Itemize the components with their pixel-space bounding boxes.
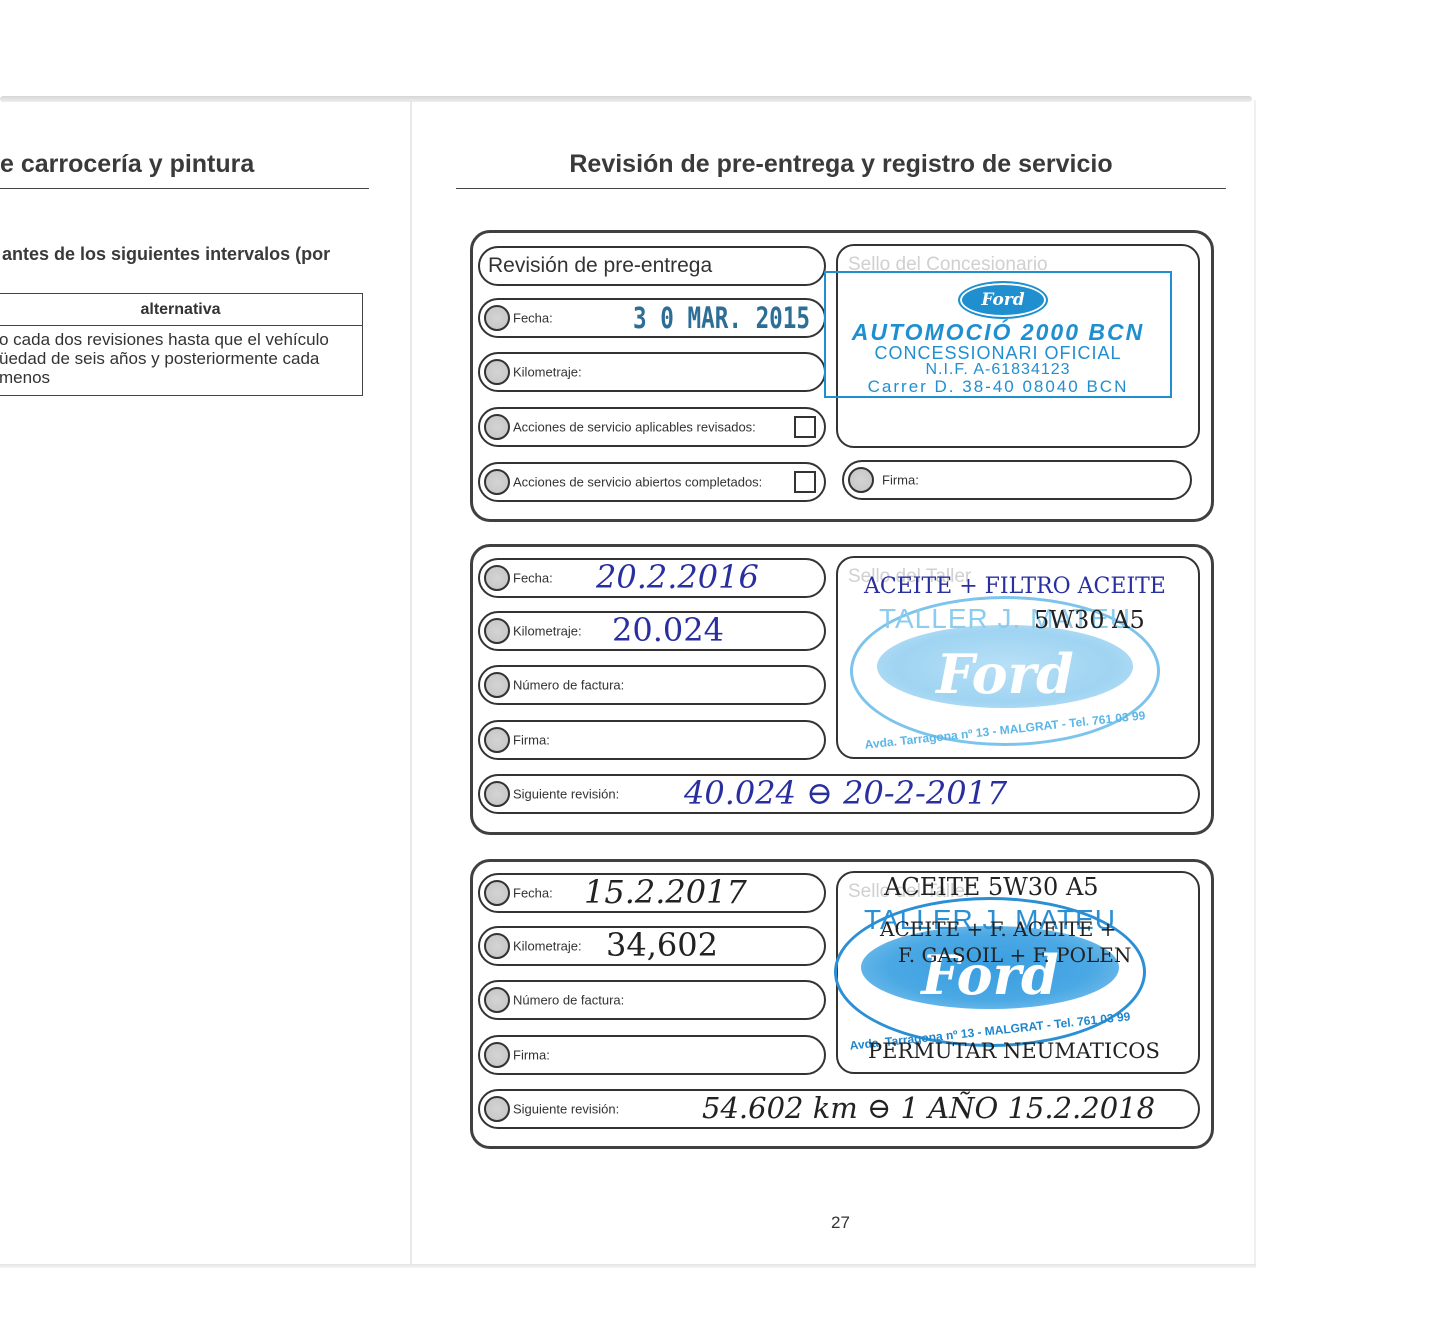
kilometraje-handwritten-value: 34,602 [606,926,718,964]
page-title: Revisión de pre-entrega y registro de se… [456,150,1226,179]
bullet-circle-icon [484,1042,510,1068]
service-factura-field[interactable]: Número de factura: [478,665,826,705]
firma-label: Firma: [513,1048,550,1063]
ford-logo-icon: Ford [853,642,1157,706]
pre-delivery-fecha-field[interactable]: Fecha: 3 0 MAR. 2015 [478,298,826,338]
service-siguiente-field[interactable]: Siguiente revisión: 54.602 km ⊖ 1 AÑO 15… [478,1089,1200,1129]
left-page-title: e carrocería y pintura [0,150,254,179]
workshop-stamp-area: Sello del Taller TALLER J. MATEU Ford Av… [836,871,1200,1074]
kilometraje-label: Kilometraje: [513,624,582,639]
siguiente-label: Siguiente revisión: [513,1102,619,1117]
bullet-circle-icon [484,672,510,698]
page-top-edge [0,96,1252,102]
siguiente-label: Siguiente revisión: [513,787,619,802]
service-kilometraje-field[interactable]: Kilometraje: 20.024 [478,611,826,651]
dealer-stamp: Ford AUTOMOCIÓ 2000 BCN CONCESSIONARI OF… [824,271,1172,398]
kilometraje-label: Kilometraje: [513,939,582,954]
fecha-label: Fecha: [513,571,553,586]
dealer-name: AUTOMOCIÓ 2000 BCN [826,319,1170,346]
factura-label: Número de factura: [513,993,624,1008]
bullet-circle-icon [484,727,510,753]
service-siguiente-field[interactable]: Siguiente revisión: 40.024 ⊖ 20-2-2017 [478,774,1200,814]
table-cell: o cada dos revisiones hasta que el vehíc… [0,326,362,395]
service-note: F. GASOIL + F. POLEN [898,943,1131,967]
service-kilometraje-field[interactable]: Kilometraje: 34,602 [478,926,826,966]
service-factura-field[interactable]: Número de factura: [478,980,826,1020]
pre-delivery-firma-field[interactable]: Firma: [842,460,1192,500]
acciones-completados-field[interactable]: Acciones de servicio abiertos completado… [478,462,826,502]
bullet-circle-icon [484,618,510,644]
siguiente-handwritten-value: 54.602 km ⊖ 1 AÑO 15.2.2018 [702,1091,1155,1125]
page-right-edge [1254,100,1256,1266]
bullet-circle-icon [484,933,510,959]
fecha-label: Fecha: [513,311,553,326]
service-note: ACEITE 5W30 A5 [884,873,1099,901]
ford-logo-icon: Ford [958,281,1048,319]
workshop-address: Avda. Tarragona nº 13 - MALGRAT - Tel. 7… [853,707,1157,753]
fecha-handwritten-value: 20.2.2016 [596,558,759,596]
left-page-subtitle: antes de los siguientes intervalos (por [2,244,330,265]
bullet-circle-icon [484,359,510,385]
workshop-stamp-area: Sello del Taller TALLER J. MATEU Ford Av… [836,556,1200,759]
left-title-divider [0,188,369,189]
fecha-label: Fecha: [513,886,553,901]
table-cell-line: üedad de seis años y posteriormente cada [0,349,356,368]
fecha-stamped-value: 3 0 MAR. 2015 [633,301,810,335]
bullet-circle-icon [484,565,510,591]
table-cell-line: menos [0,368,356,387]
service-fecha-field[interactable]: Fecha: 20.2.2016 [478,558,826,598]
bullet-circle-icon [848,467,874,493]
firma-label: Firma: [882,473,919,488]
acciones-completados-checkbox[interactable] [794,471,816,493]
fecha-handwritten-value: 15.2.2017 [584,873,747,911]
factura-label: Número de factura: [513,678,624,693]
service-note: 5W30 A5 [1034,606,1145,634]
bullet-circle-icon [484,1096,510,1122]
bullet-circle-icon [484,469,510,495]
bullet-circle-icon [484,305,510,331]
acciones-revisados-field[interactable]: Acciones de servicio aplicables revisado… [478,407,826,447]
bullet-circle-icon [484,987,510,1013]
kilometraje-handwritten-value: 20.024 [612,611,724,649]
acciones-revisados-checkbox[interactable] [794,416,816,438]
firma-label: Firma: [513,733,550,748]
title-divider [456,188,1226,189]
intervals-table: alternativa o cada dos revisiones hasta … [0,293,363,396]
acciones-revisados-label: Acciones de servicio aplicables revisado… [513,420,756,435]
dealer-address: Carrer D. 38-40 08040 BCN [826,377,1170,397]
acciones-completados-label: Acciones de servicio abiertos completado… [513,475,762,490]
page-number: 27 [831,1213,850,1233]
siguiente-handwritten-value: 40.024 ⊖ 20-2-2017 [684,774,1007,812]
page-bottom-edge [0,1264,1256,1268]
table-cell-line: o cada dos revisiones hasta que el vehíc… [0,330,356,349]
bullet-circle-icon [484,880,510,906]
bullet-circle-icon [484,414,510,440]
pre-delivery-heading-box: Revisión de pre-entrega [478,246,826,286]
book-spine [410,100,412,1266]
service-note: ACEITE + FILTRO ACEITE [864,574,1166,599]
service-firma-field[interactable]: Firma: [478,1035,826,1075]
service-fecha-field[interactable]: Fecha: 15.2.2017 [478,873,826,913]
service-note: ACEITE + F. ACEITE + [880,917,1116,941]
kilometraje-label: Kilometraje: [513,365,582,380]
service-firma-field[interactable]: Firma: [478,720,826,760]
service-note: PERMUTAR NEUMATICOS [868,1039,1160,1063]
pre-delivery-kilometraje-field[interactable]: Kilometraje: [478,352,826,392]
pre-delivery-heading: Revisión de pre-entrega [488,254,712,278]
bullet-circle-icon [484,781,510,807]
table-header: alternativa [0,294,362,326]
